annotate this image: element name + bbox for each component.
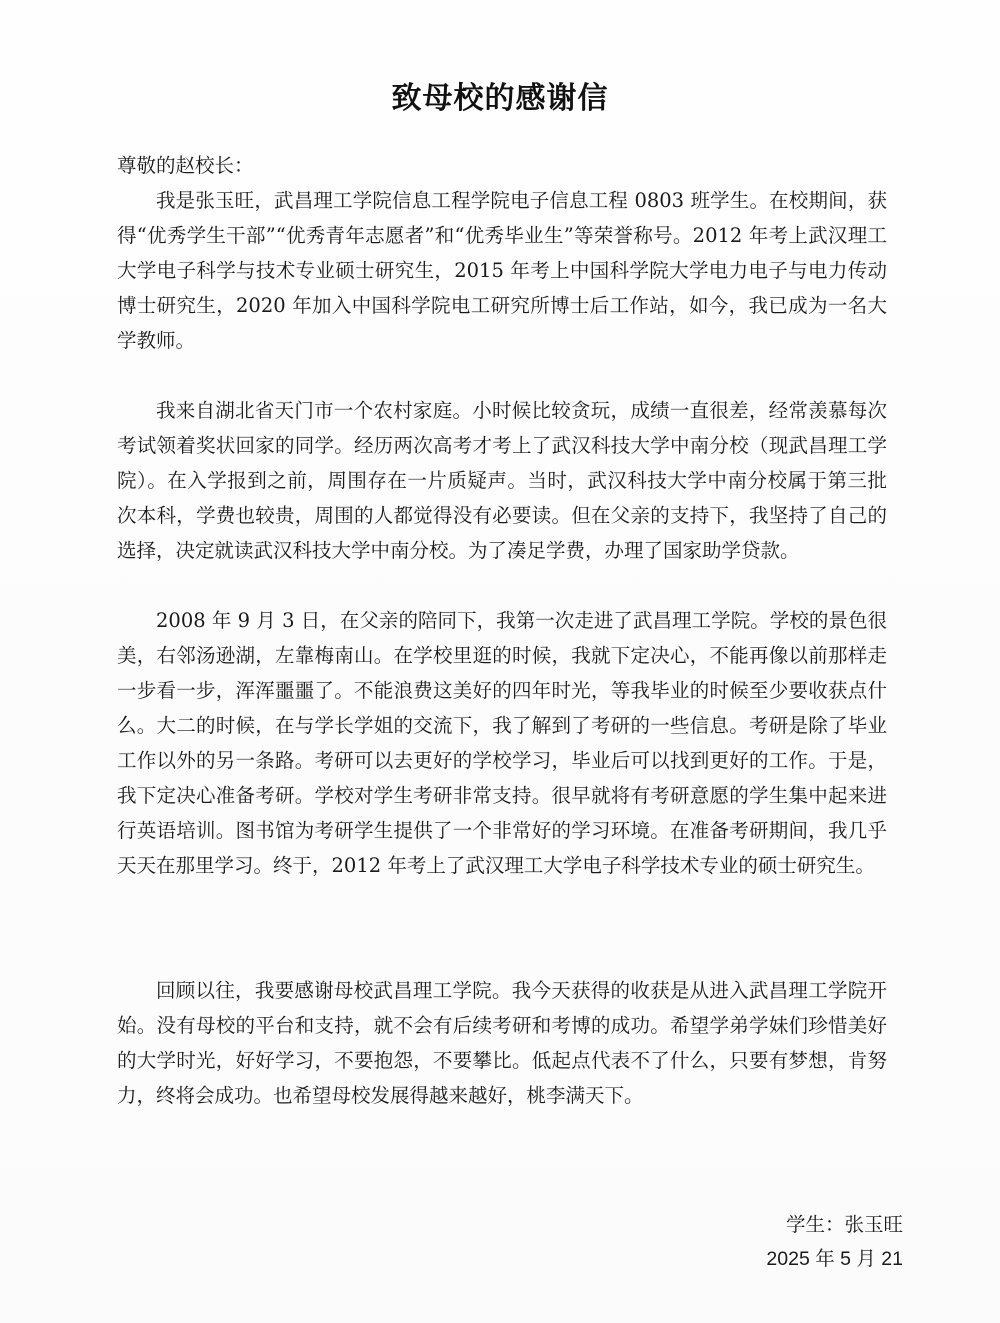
paragraph-college-life: 2008 年 9 月 3 日，在父亲的陪同下，我第一次走进了武昌理工学院。学校的…	[117, 603, 887, 883]
letter-page: 致母校的感谢信 尊敬的赵校长： 我是张玉旺，武昌理工学院信息工程学院电子信息工程…	[0, 0, 1000, 1323]
salutation: 尊敬的赵校长：	[117, 148, 254, 183]
paragraph-background: 我来自湖北省天门市一个农村家庭。小时候比较贪玩，成绩一直很差，经常羡慕每次考试领…	[117, 393, 887, 568]
letter-date: 2025 年 5 月 21	[766, 1242, 903, 1277]
signature: 学生：张玉旺	[786, 1207, 903, 1242]
letter-title: 致母校的感谢信	[0, 73, 1000, 117]
paragraph-introduction: 我是张玉旺，武昌理工学院信息工程学院电子信息工程 0803 班学生。在校期间，获…	[117, 183, 887, 358]
paragraph-gratitude: 回顾以往，我要感谢母校武昌理工学院。我今天获得的收获是从进入武昌理工学院开始。没…	[117, 973, 887, 1113]
